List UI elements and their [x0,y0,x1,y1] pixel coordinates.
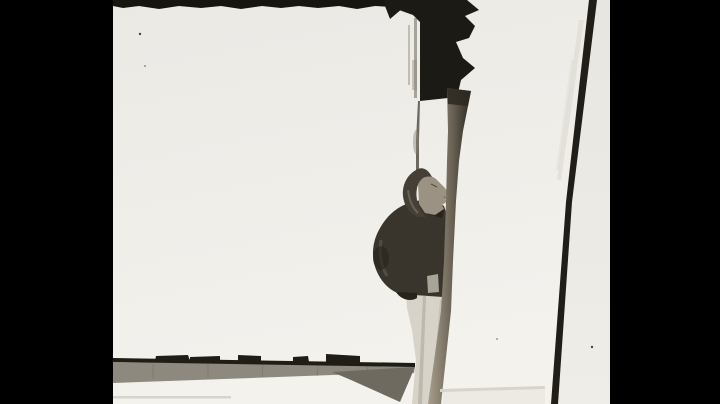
man-hip-patch [427,274,439,293]
man-elbow-shade [373,246,389,270]
floor-faint-line-left [113,396,231,399]
photograph [113,0,610,404]
floor-tint-right [443,389,545,404]
right-letterbox-bar [610,0,720,404]
video-frame [0,0,720,404]
photo-canvas [113,0,610,404]
white-panel-wall [113,0,610,404]
left-letterbox-bar [0,0,113,404]
